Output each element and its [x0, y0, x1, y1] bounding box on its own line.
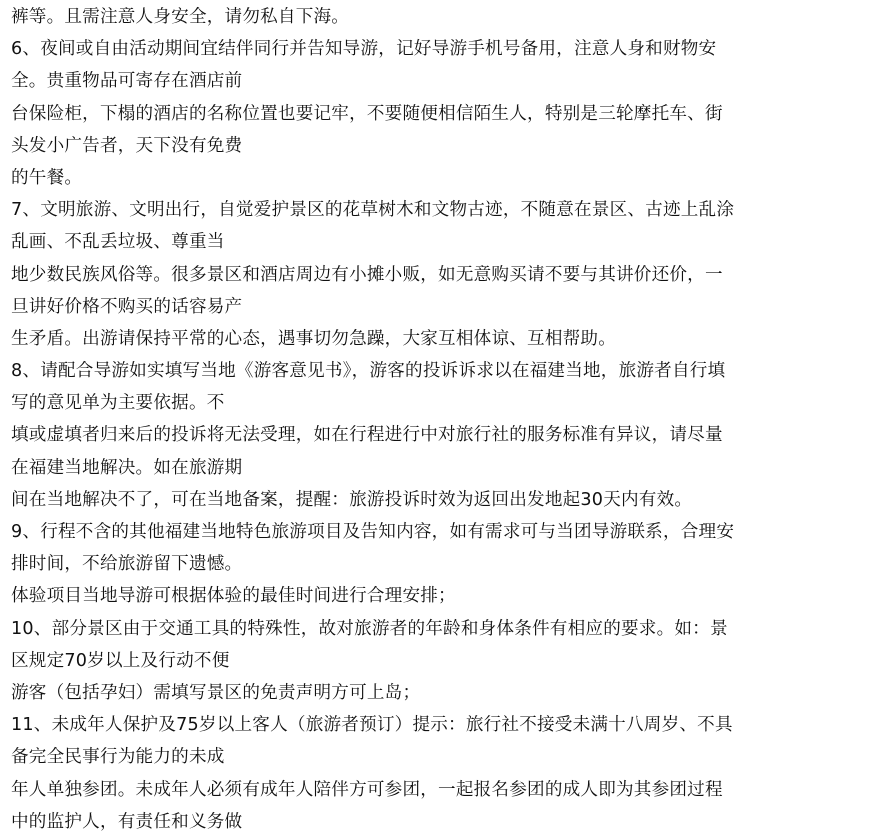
text-line: 的午餐。 [11, 162, 873, 194]
document-body: 裤等。且需注意人身安全，请勿私自下海。 6、夜间或自由活动期间宜结伴同行并告知导… [0, 0, 873, 834]
text-line: 地少数民族风俗等。很多景区和酒店周边有小摊小贩，如无意购买请不要与其讲价还价，一 [11, 259, 873, 291]
text-line: 年人单独参团。未成年人必须有成年人陪伴方可参团，一起报名参团的成人即为其参团过程 [11, 774, 873, 806]
text-line: 7、文明旅游、文明出行，自觉爱护景区的花草树木和文物古迹，不随意在景区、古迹上乱… [11, 194, 873, 226]
text-line: 游客（包括孕妇）需填写景区的免责声明方可上岛； [11, 677, 873, 709]
text-line: 区规定70岁以上及行动不便 [11, 645, 873, 677]
text-line: 台保险柜，下榻的酒店的名称位置也要记牢，不要随便相信陌生人，特别是三轮摩托车、街 [11, 98, 873, 130]
text-line: 排时间，不给旅游留下遗憾。 [11, 548, 873, 580]
text-line: 在福建当地解决。如在旅游期 [11, 452, 873, 484]
text-line: 8、请配合导游如实填写当地《游客意见书》，游客的投诉诉求以在福建当地，旅游者自行… [11, 355, 873, 387]
text-line: 备完全民事行为能力的未成 [11, 741, 873, 773]
text-line: 10、部分景区由于交通工具的特殊性，故对旅游者的年龄和身体条件有相应的要求。如：… [11, 613, 873, 645]
text-line: 中的监护人，有责任和义务做 [11, 806, 873, 834]
text-line: 乱画、不乱丢垃圾、尊重当 [11, 226, 873, 258]
text-line: 间在当地解决不了，可在当地备案，提醒：旅游投诉时效为返回出发地起30天内有效。 [11, 484, 873, 516]
text-line: 旦讲好价格不购买的话容易产 [11, 291, 873, 323]
text-line: 头发小广告者，天下没有免费 [11, 130, 873, 162]
text-line: 9、行程不含的其他福建当地特色旅游项目及告知内容，如有需求可与当团导游联系，合理… [11, 516, 873, 548]
text-line: 6、夜间或自由活动期间宜结伴同行并告知导游，记好导游手机号备用，注意人身和财物安 [11, 33, 873, 65]
text-line: 体验项目当地导游可根据体验的最佳时间进行合理安排； [11, 580, 873, 612]
text-line: 填或虚填者归来后的投诉将无法受理，如在行程进行中对旅行社的服务标准有异议，请尽量 [11, 419, 873, 451]
text-line: 裤等。且需注意人身安全，请勿私自下海。 [11, 1, 873, 33]
text-line: 11、未成年人保护及75岁以上客人（旅游者预订）提示：旅行社不接受未满十八周岁、… [11, 709, 873, 741]
text-line: 全。贵重物品可寄存在酒店前 [11, 65, 873, 97]
text-line: 写的意见单为主要依据。不 [11, 387, 873, 419]
text-line: 生矛盾。出游请保持平常的心态，遇事切勿急躁，大家互相体谅、互相帮助。 [11, 323, 873, 355]
